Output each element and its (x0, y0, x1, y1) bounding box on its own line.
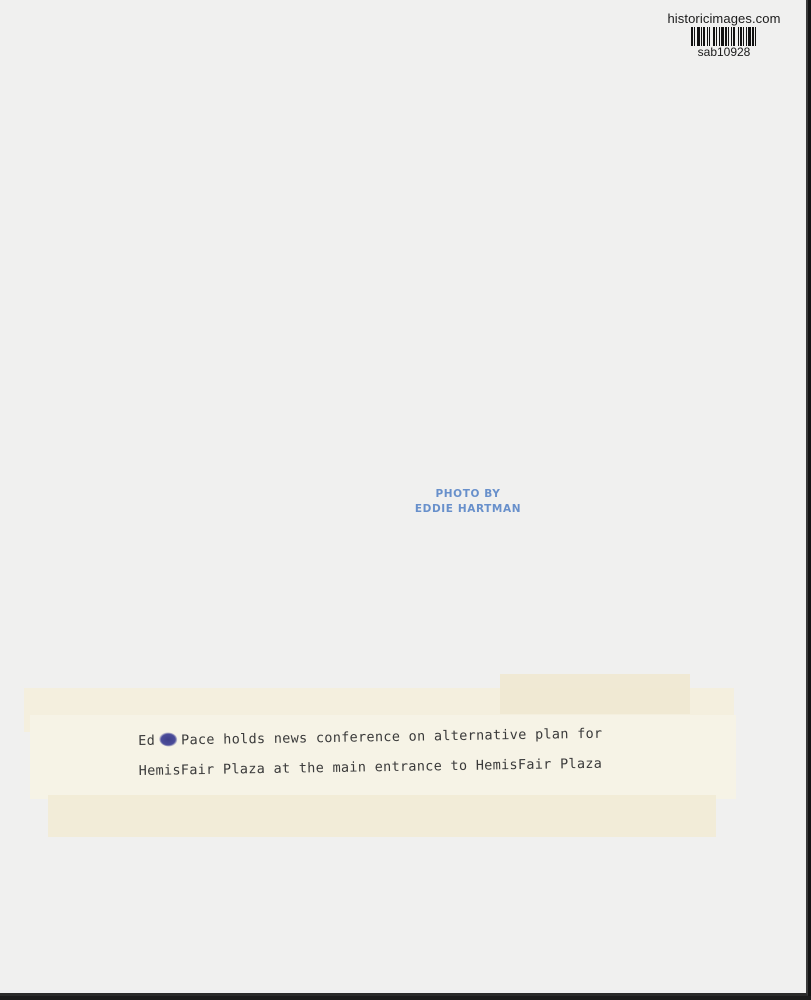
stamp-line-1: PHOTO BY (412, 487, 524, 502)
caption-line-1-end: Pace holds news conference on alternativ… (181, 726, 603, 749)
archive-code: sab10928 (661, 46, 787, 59)
scan-edge-bottom (0, 996, 811, 1000)
photo-back-page: historicimages.com sab10928 PHOTO BY EDD… (0, 0, 808, 996)
archive-label: historicimages.com sab10928 (661, 11, 787, 59)
tape-strip-bottom (48, 795, 716, 837)
ink-blot-icon (159, 732, 177, 746)
site-name: historicimages.com (661, 11, 787, 26)
caption-line-1-start: Ed (138, 733, 155, 749)
photographer-stamp: PHOTO BY EDDIE HARTMAN (412, 487, 524, 517)
stamp-line-2: EDDIE HARTMAN (412, 502, 524, 517)
barcode-icon (665, 27, 783, 46)
tape-strip-top-overlap (500, 674, 690, 714)
typed-caption: EdPace holds news conference on alternat… (138, 717, 719, 786)
